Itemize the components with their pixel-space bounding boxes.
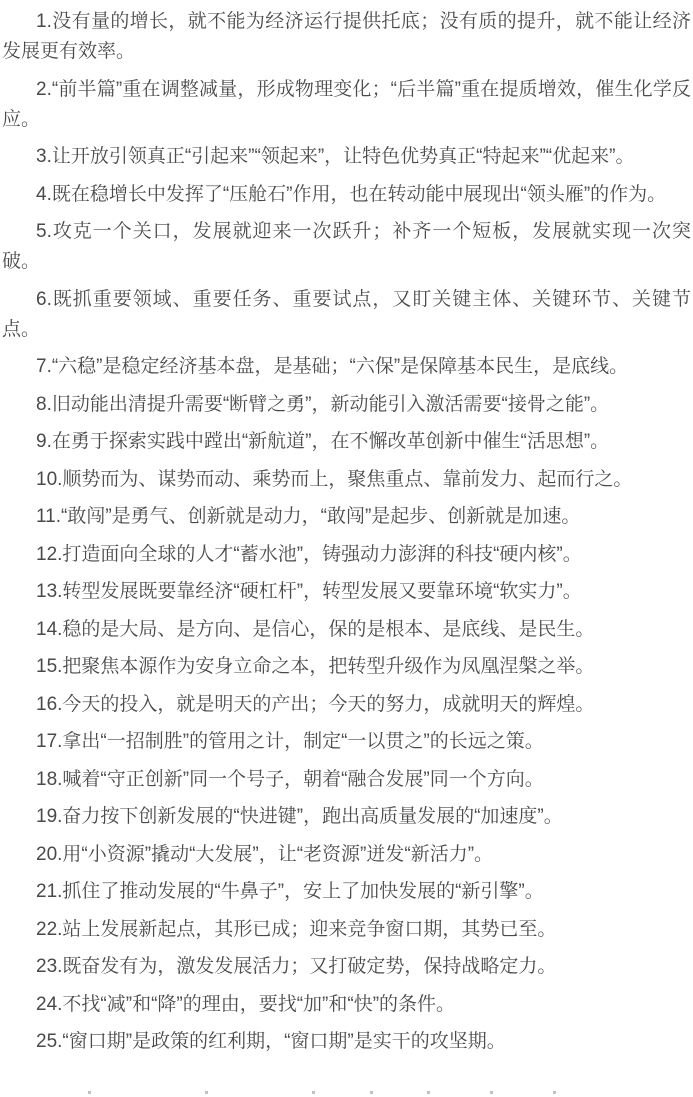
- list-item-5: 5.攻克一个关口，发展就迎来一次跃升；补齐一个短板，发展就实现一次突破。: [2, 217, 691, 277]
- list-item-21: 21.抓住了推动发展的“牛鼻子”，安上了加快发展的“新引擎”。: [2, 877, 691, 907]
- article-body: 1.没有量的增长，就不能为经济运行提供托底；没有质的提升，就不能让经济发展更有效…: [0, 0, 693, 1057]
- list-item-8: 8.旧动能出清提升需要“断臂之勇”，新动能引入激活需要“接骨之能”。: [2, 390, 691, 420]
- list-item-15: 15.把聚焦本源作为安身立命之本，把转型升级作为凤凰涅槃之举。: [2, 652, 691, 682]
- list-item-20: 20.用“小资源”撬动“大发展”，让“老资源”迸发“新活力”。: [2, 840, 691, 870]
- clipped-glyph-top-mark: [370, 1091, 373, 1094]
- list-item-25: 25.“窗口期”是政策的红利期，“窗口期”是实干的攻坚期。: [2, 1027, 691, 1057]
- list-item-13: 13.转型发展既要靠经济“硬杠杆”，转型发展又要靠环境“软实力”。: [2, 577, 691, 607]
- clipped-glyph-top-mark: [490, 1091, 493, 1094]
- list-item-7: 7.“六稳”是稳定经济基本盘，是基础；“六保”是保障基本民生，是底线。: [2, 352, 691, 382]
- list-item-12: 12.打造面向全球的人才“蓄水池”，铸强动力澎湃的科技“硬内核”。: [2, 540, 691, 570]
- list-item-18: 18.喊着“守正创新”同一个号子，朝着“融合发展”同一个方向。: [2, 765, 691, 795]
- list-item-22: 22.站上发展新起点，其形已成；迎来竞争窗口期，其势已至。: [2, 915, 691, 945]
- list-item-2: 2.“前半篇”重在调整减量，形成物理变化；“后半篇”重在提质增效，催生化学反应。: [2, 75, 691, 135]
- list-item-1: 1.没有量的增长，就不能为经济运行提供托底；没有质的提升，就不能让经济发展更有效…: [2, 7, 691, 67]
- list-item-11: 11.“敢闯”是勇气、创新就是动力，“敢闯”是起步、创新就是加速。: [2, 502, 691, 532]
- list-item-24: 24.不找“减”和“降”的理由，要找“加”和“快”的条件。: [2, 990, 691, 1020]
- clipped-glyph-top-mark: [427, 1091, 430, 1094]
- clipped-next-line-sliver: [0, 1091, 693, 1095]
- list-item-17: 17.拿出“一招制胜”的管用之计，制定“一以贯之”的长远之策。: [2, 727, 691, 757]
- clipped-glyph-top-mark: [88, 1091, 91, 1094]
- clipped-glyph-top-mark: [553, 1091, 556, 1094]
- list-item-9: 9.在勇于探索实践中蹚出“新航道”，在不懈改革创新中催生“活思想”。: [2, 427, 691, 457]
- list-item-14: 14.稳的是大局、是方向、是信心，保的是根本、是底线、是民生。: [2, 615, 691, 645]
- page: { "page": { "background": "#ffffff", "te…: [0, 0, 693, 1097]
- list-item-10: 10.顺势而为、谋势而动、乘势而上，聚焦重点、靠前发力、起而行之。: [2, 465, 691, 495]
- list-item-23: 23.既奋发有为，激发发展活力；又打破定势，保持战略定力。: [2, 952, 691, 982]
- list-item-4: 4.既在稳增长中发挥了“压舱石”作用，也在转动能中展现出“领头雁”的作为。: [2, 180, 691, 210]
- list-item-6: 6.既抓重要领域、重要任务、重要试点，又盯关键主体、关键环节、关键节点。: [2, 285, 691, 345]
- list-item-3: 3.让开放引领真正“引起来”“领起来”，让特色优势真正“特起来”“优起来”。: [2, 142, 691, 172]
- clipped-glyph-top-mark: [205, 1091, 208, 1094]
- list-item-19: 19.奋力按下创新发展的“快进键”，跑出高质量发展的“加速度”。: [2, 802, 691, 832]
- list-item-16: 16.今天的投入，就是明天的产出；今天的努力，成就明天的辉煌。: [2, 690, 691, 720]
- clipped-glyph-top-mark: [312, 1091, 315, 1094]
